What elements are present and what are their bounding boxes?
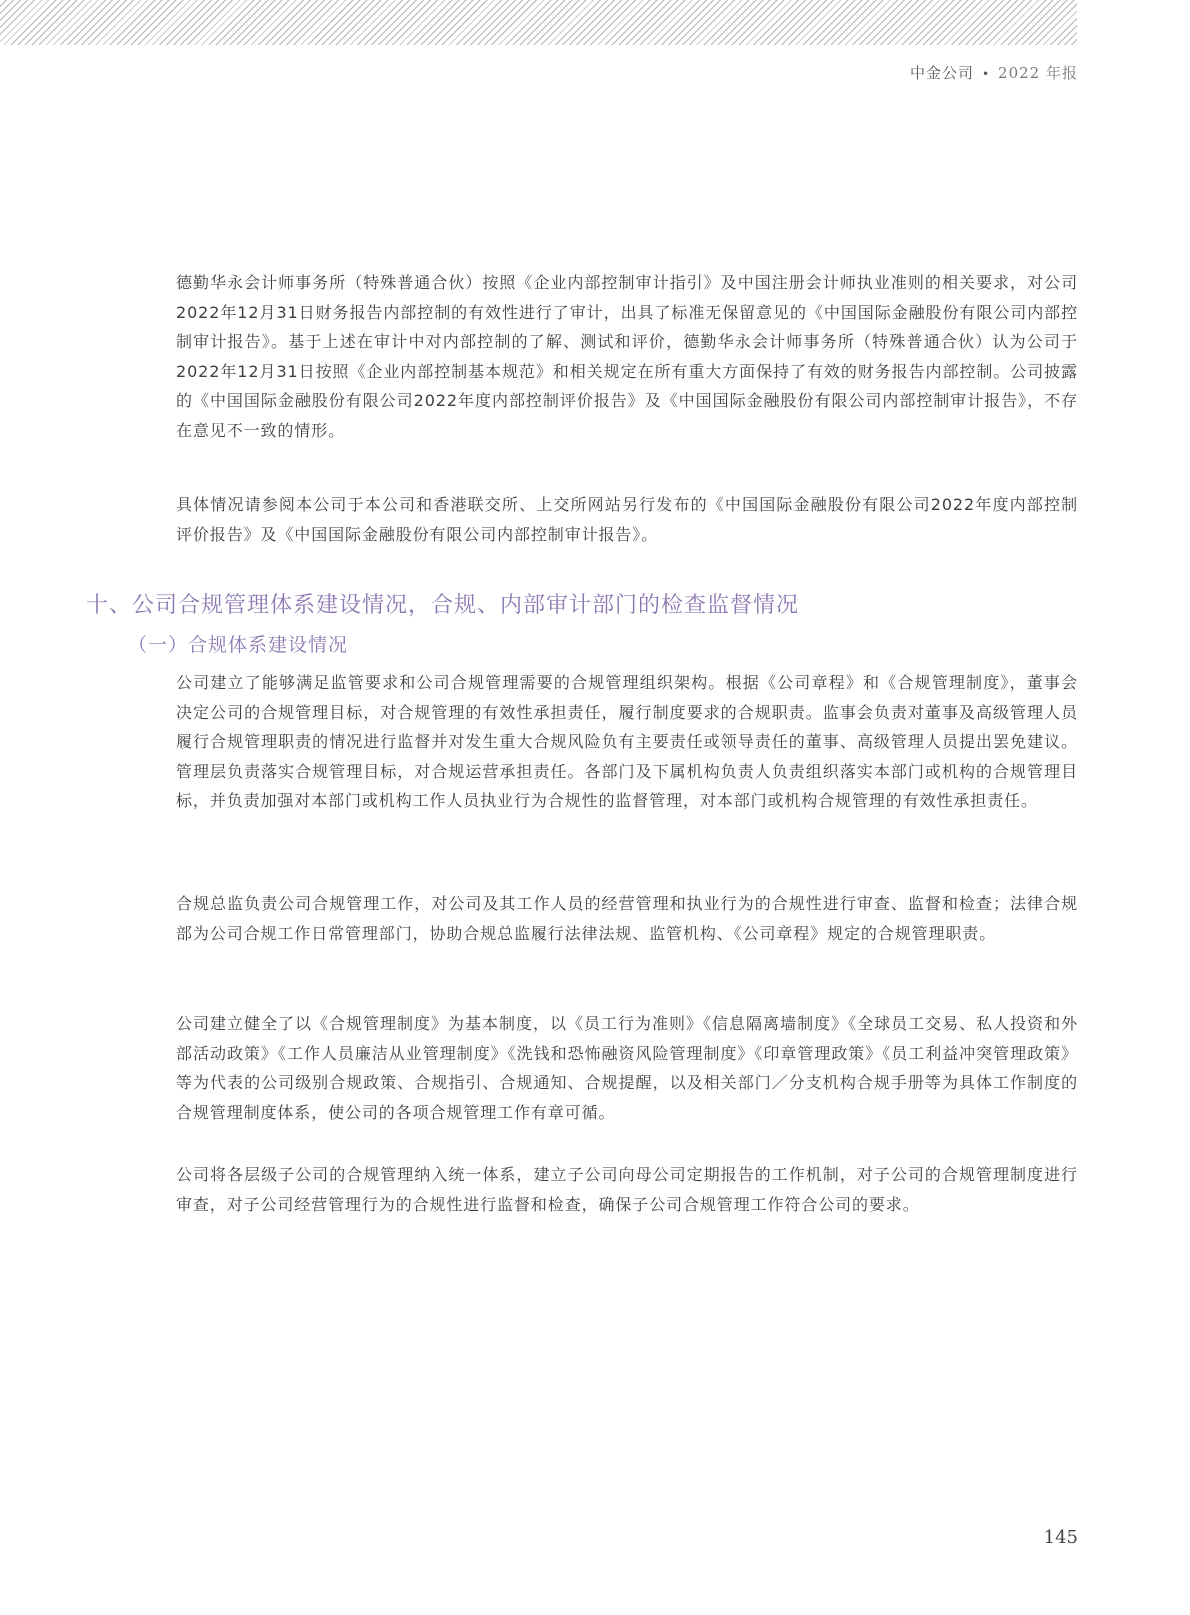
section-paragraph-4-block: 公司将各层级子公司的合规管理纳入统一体系，建立子公司向母公司定期报告的工作机制，…	[176, 1160, 1078, 1219]
decorative-hatch-band	[0, 0, 1077, 45]
section-paragraph: 公司建立健全了以《合规管理制度》为基本制度，以《员工行为准则》《信息隔离墙制度》…	[176, 1009, 1078, 1127]
intro-paragraph: 具体情况请参阅本公司于本公司和香港联交所、上交所网站另行发布的《中国国际金融股份…	[176, 490, 1078, 549]
intro-paragraph-1-block: 德勤华永会计师事务所（特殊普通合伙）按照《企业内部控制审计指引》及中国注册会计师…	[176, 268, 1078, 445]
section-paragraph-3-block: 公司建立健全了以《合规管理制度》为基本制度，以《员工行为准则》《信息隔离墙制度》…	[176, 1009, 1078, 1127]
header-report: 2022 年报	[998, 64, 1078, 82]
section-paragraph-2-block: 合规总监负责公司合规管理工作，对公司及其工作人员的经营管理和执业行为的合规性进行…	[176, 889, 1078, 948]
page-number: 145	[1044, 1527, 1078, 1548]
section-paragraph: 公司将各层级子公司的合规管理纳入统一体系，建立子公司向母公司定期报告的工作机制，…	[176, 1160, 1078, 1219]
section-heading: 十、公司合规管理体系建设情况，合规、内部审计部门的检查监督情况	[86, 588, 799, 619]
running-header: 中金公司•2022 年报	[910, 62, 1078, 83]
intro-paragraph: 德勤华永会计师事务所（特殊普通合伙）按照《企业内部控制审计指引》及中国注册会计师…	[176, 268, 1078, 445]
section-paragraph: 合规总监负责公司合规管理工作，对公司及其工作人员的经营管理和执业行为的合规性进行…	[176, 889, 1078, 948]
section-paragraph: 公司建立了能够满足监管要求和公司合规管理需要的合规管理组织架构。根据《公司章程》…	[176, 668, 1078, 816]
section-paragraph-1-block: 公司建立了能够满足监管要求和公司合规管理需要的合规管理组织架构。根据《公司章程》…	[176, 668, 1078, 816]
header-separator-icon: •	[982, 67, 990, 81]
header-company: 中金公司	[910, 64, 974, 82]
subsection-heading: （一）合规体系建设情况	[128, 630, 348, 657]
intro-paragraph-2-block: 具体情况请参阅本公司于本公司和香港联交所、上交所网站另行发布的《中国国际金融股份…	[176, 490, 1078, 549]
